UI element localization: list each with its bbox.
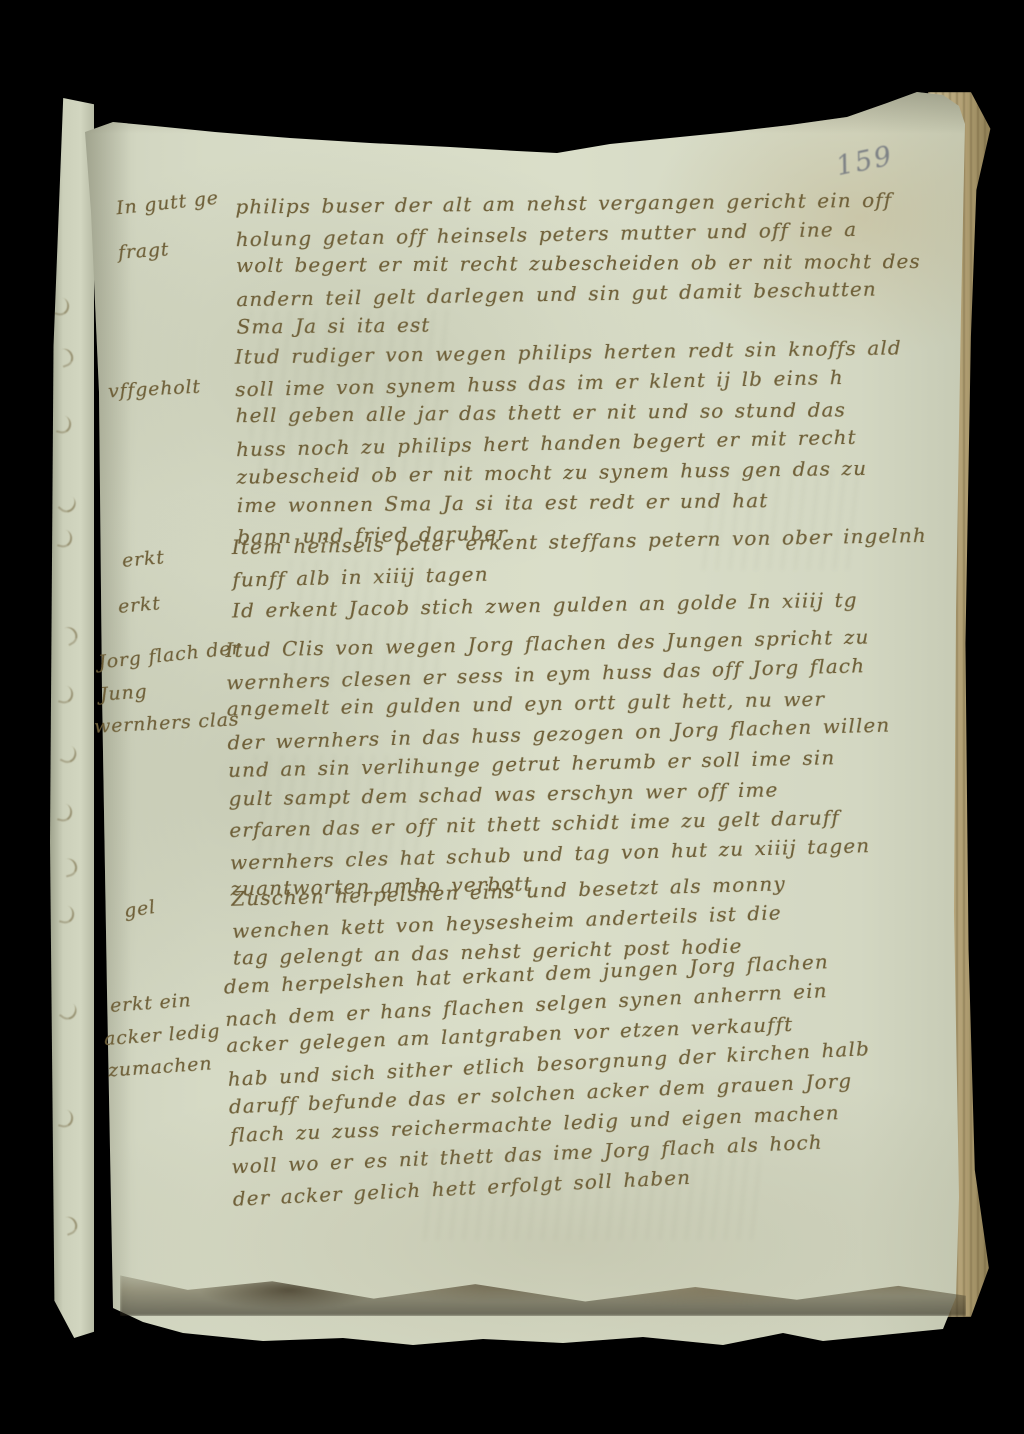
margin-note: Jung — [99, 680, 148, 705]
manuscript-photo: 159 In gutt ge fragt vffgeholt erkt erkt… — [0, 0, 1024, 1434]
entry-block-3: Item heinsels peter erkent steffans pete… — [232, 520, 928, 592]
ink-fragment — [62, 857, 79, 878]
ink-fragment — [58, 1109, 75, 1130]
entry-block-2: Itud rudiger von wegen philips herten re… — [235, 332, 905, 551]
entry-block-7: dem herpelshen hat erkant dem jungen Jor… — [223, 945, 875, 1212]
ink-fragment — [60, 624, 80, 646]
margin-note: fragt — [117, 238, 170, 264]
ink-fragment — [59, 1001, 80, 1023]
ink-fragment — [56, 415, 73, 436]
ink-fragment — [60, 744, 79, 766]
ink-fragment — [54, 297, 71, 318]
ink-fragment — [58, 494, 80, 516]
ink-fragment — [61, 1214, 80, 1236]
ink-fragment — [57, 529, 74, 550]
ink-fragment — [58, 685, 75, 706]
ink-fragment — [59, 905, 76, 926]
entry-block-5: Itud Clis von wegen Jorg flachen des Jun… — [225, 621, 894, 905]
entry-block-1: philips buser der alt am nehst vergangen… — [235, 184, 921, 341]
margin-note: erkt — [121, 546, 165, 572]
margin-note: erkt — [117, 592, 161, 618]
ink-fragment — [57, 803, 74, 824]
ink-fragment — [57, 346, 75, 367]
previous-page-edge — [50, 98, 94, 1338]
margin-note: gel — [123, 896, 158, 922]
